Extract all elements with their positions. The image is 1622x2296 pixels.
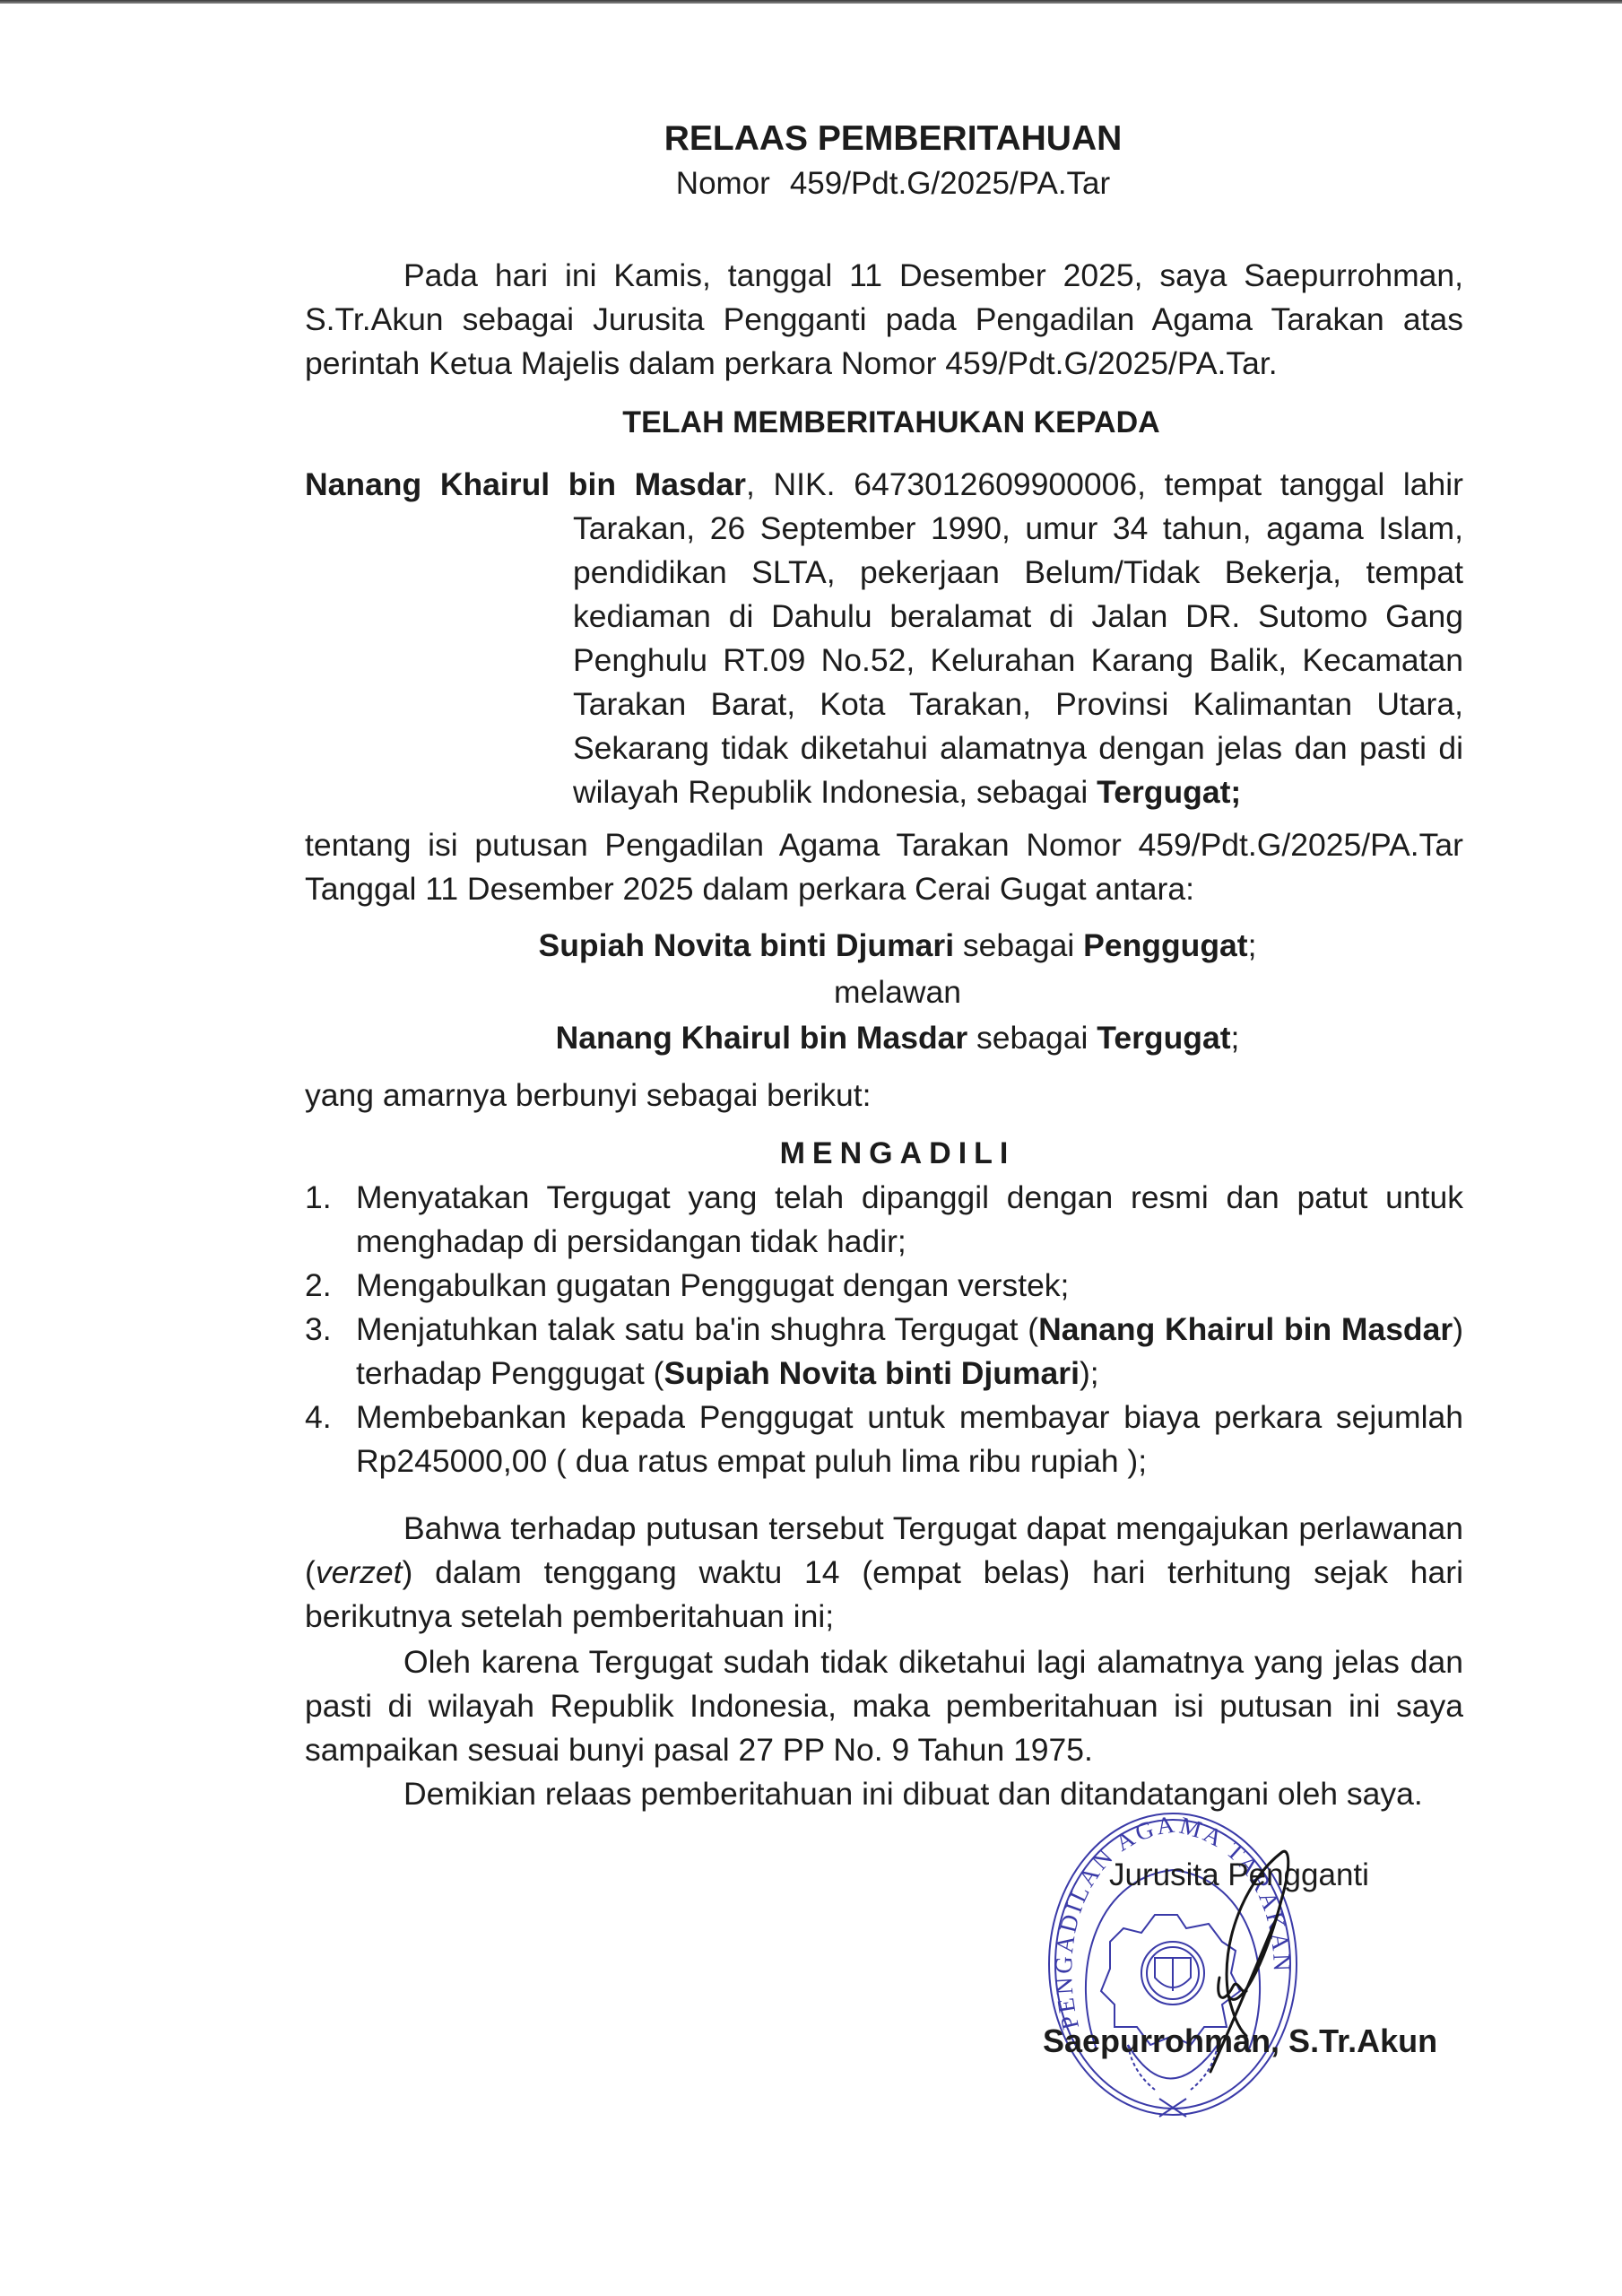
verdict-intro: yang amarnya berbunyi sebagai berikut: (305, 1074, 1463, 1118)
document-number: Nomor459/Pdt.G/2025/PA.Tar (305, 163, 1463, 204)
defendant-role: Tergugat (1097, 1020, 1230, 1056)
verdict-item: 3.Menjatuhkan talak satu ba'in shughra T… (305, 1308, 1463, 1396)
decision-intro: tentang isi putusan Pengadilan Agama Tar… (305, 823, 1463, 911)
signer-name: Saepurrohman, S.Tr.Akun (1043, 2021, 1437, 2062)
verdict-item: 1.Menyatakan Tergugat yang telah dipangg… (305, 1176, 1463, 1264)
document-title: RELAAS PEMBERITAHUAN (305, 117, 1463, 161)
verdict-item-text: Menjatuhkan talak satu ba'in shughra Ter… (356, 1311, 1038, 1347)
verdict-item-number: 1. (305, 1176, 332, 1220)
verdict-item-text: Membebankan kepada Penggugat untuk memba… (356, 1399, 1463, 1479)
verdict-item-text: Menyatakan Tergugat yang telah dipanggil… (356, 1179, 1463, 1259)
document-number-value: 459/Pdt.G/2025/PA.Tar (790, 166, 1110, 201)
heading-notified: TELAH MEMBERITAHUKAN KEPADA (305, 401, 1463, 445)
verdict-item-number: 4. (305, 1396, 332, 1439)
plaintiff-end: ; (1248, 927, 1257, 963)
verdict-item-text: ); (1080, 1355, 1099, 1391)
verdict-item: 2.Mengabulkan gugatan Penggugat dengan v… (305, 1264, 1463, 1308)
plaintiff-name: Supiah Novita binti Djumari (664, 1355, 1080, 1391)
plaintiff-line: Supiah Novita binti Djumari sebagai Peng… (305, 924, 1463, 968)
verdict-item-number: 3. (305, 1308, 332, 1352)
defendant-name: Nanang Khairul bin Masdar (556, 1020, 968, 1056)
verdict-item-text: Mengabulkan gugatan Penggugat dengan ver… (356, 1267, 1069, 1303)
party-role: Tergugat; (1097, 774, 1241, 810)
plaintiff-role: Penggugat (1083, 927, 1247, 963)
document-number-label: Nomor (676, 166, 770, 201)
verdict-item-number: 2. (305, 1264, 332, 1308)
party-name: Nanang Khairul bin Masdar (305, 466, 746, 502)
verdict-list: 1.Menyatakan Tergugat yang telah dipangg… (305, 1176, 1463, 1483)
defendant-name: Nanang Khairul bin Masdar (1038, 1311, 1453, 1347)
heading-verdict: MENGADILI (305, 1132, 1463, 1176)
closing-paragraph-address: Oleh karena Tergugat sudah tidak diketah… (305, 1640, 1463, 1772)
opening-paragraph: Pada hari ini Kamis, tanggal 11 Desember… (305, 254, 1463, 386)
defendant-as: sebagai (967, 1020, 1097, 1056)
party-first-line-rest: , NIK. 6473012609900006, tempat tanggal … (746, 466, 1463, 502)
defendant-end: ; (1231, 1020, 1240, 1056)
party-first-line: Nanang Khairul bin Masdar, NIK. 64730126… (305, 463, 1463, 507)
plaintiff-name: Supiah Novita binti Djumari (539, 927, 955, 963)
party-details-text: Tarakan, 26 September 1990, umur 34 tahu… (573, 510, 1463, 810)
party-details: Tarakan, 26 September 1990, umur 34 tahu… (573, 507, 1463, 814)
closing-text: ) dalam tenggang waktu 14 (empat belas) … (305, 1554, 1463, 1634)
verdict-item: 4.Membebankan kepada Penggugat untuk mem… (305, 1396, 1463, 1483)
versus-line: melawan (305, 970, 1463, 1014)
scan-top-edge (0, 0, 1622, 4)
notified-party: Nanang Khairul bin Masdar, NIK. 64730126… (305, 463, 1463, 814)
defendant-line: Nanang Khairul bin Masdar sebagai Tergug… (305, 1016, 1463, 1060)
verzet-term: verzet (316, 1554, 403, 1590)
closing-paragraph-verzet: Bahwa terhadap putusan tersebut Tergugat… (305, 1507, 1463, 1639)
plaintiff-as: sebagai (954, 927, 1083, 963)
